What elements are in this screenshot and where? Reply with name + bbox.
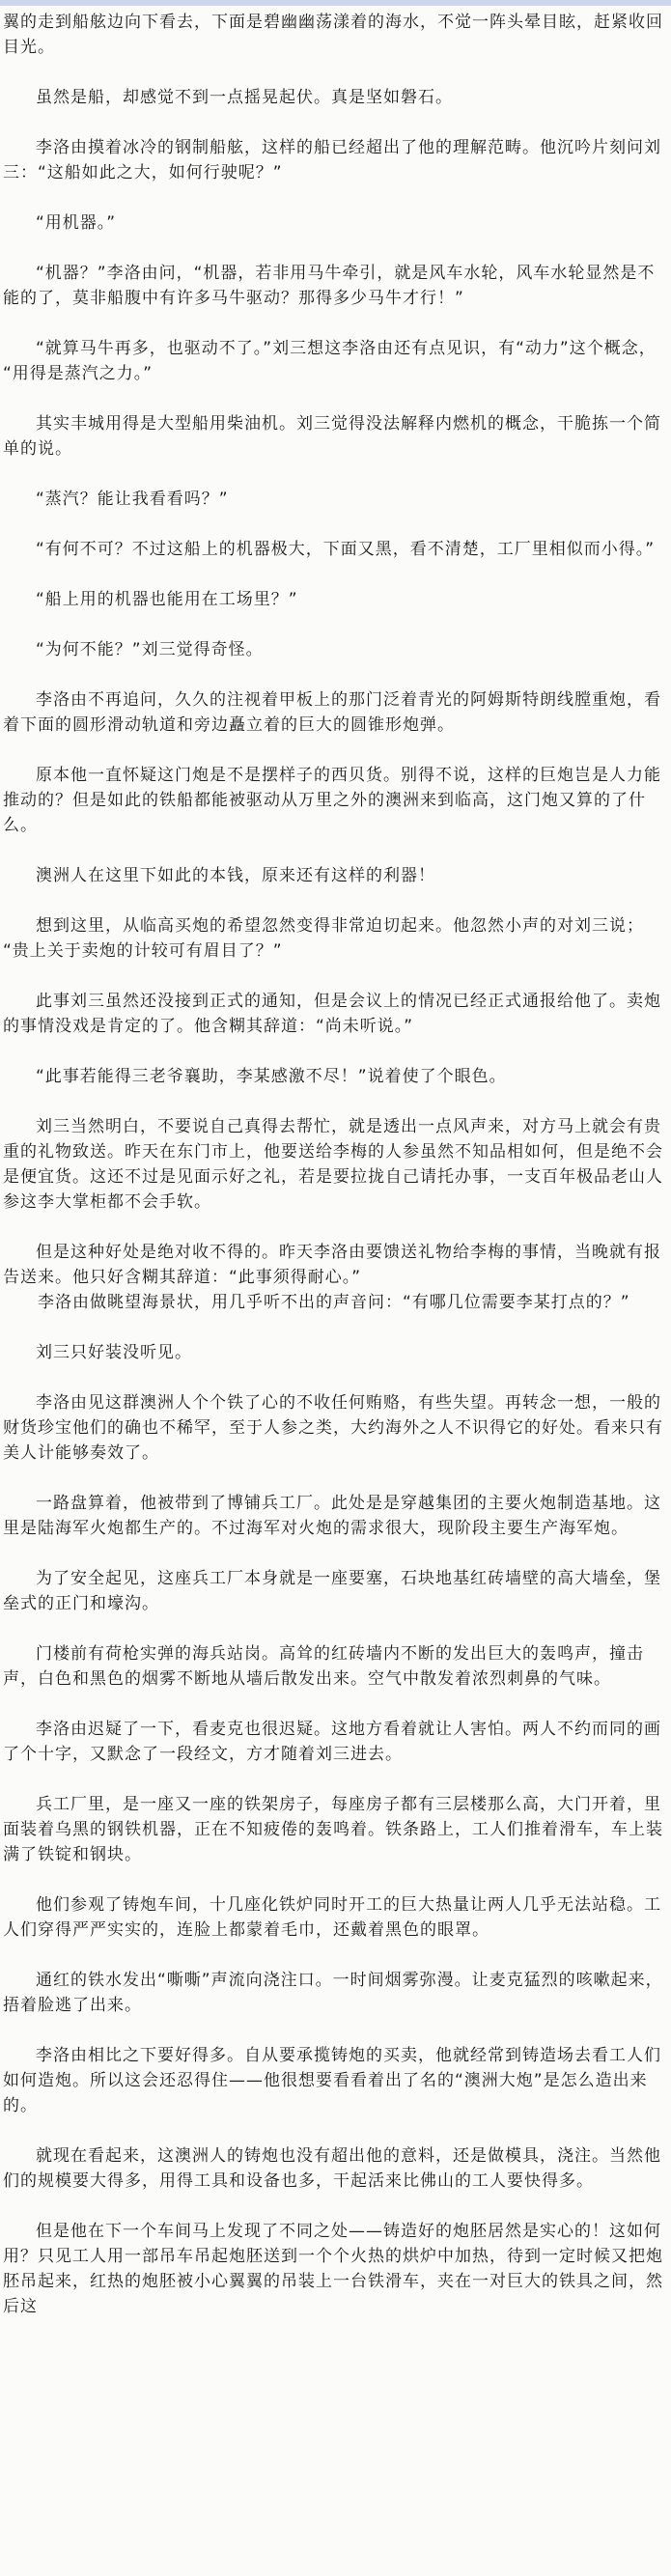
paragraph: “此事若能得三老爷襄助，李某感激不尽！”说着使了个眼色。 bbox=[3, 1064, 668, 1089]
paragraph: 李洛由不再追问，久久的注视着甲板上的那门泛着青光的阿姆斯特朗线膛重炮，看着下面的… bbox=[3, 687, 668, 738]
paragraph: 兵工厂里，是一座又一座的铁架房子，每座房子都有三层楼那么高，大门开着，里面装着乌… bbox=[3, 1792, 668, 1867]
paragraph: 原本他一直怀疑这门炮是不是摆样子的西贝货。别得不说，这样的巨炮岂是人力能推动的？… bbox=[3, 763, 668, 838]
paragraph: 李洛由摸着冰冷的钢制船舷，这样的船已经超出了他的理解范畴。他沉吟片刻问刘三：“这… bbox=[3, 135, 668, 185]
novel-page: 翼的走到船舷边向下看去，下面是碧幽幽荡漾着的海水，不觉一阵头晕目眩，赶紧收回目光… bbox=[0, 6, 671, 2337]
paragraph: 李洛由相比之下要好得多。自从要承揽铸炮的买卖，他就经常到铸造场去看工人们如何造炮… bbox=[3, 2043, 668, 2118]
paragraph: 门楼前有荷枪实弹的海兵站岗。高耸的红砖墙内不断的发出巨大的轰鸣声，撞击声，白色和… bbox=[3, 1641, 668, 1692]
paragraph: 李洛由见这群澳洲人个个铁了心的不收任何贿赂，有些失望。再转念一想，一般的财货珍宝… bbox=[3, 1390, 668, 1466]
paragraph: “为何不能？”刘三觉得奇怪。 bbox=[3, 637, 668, 662]
paragraph: “就算马牛再多，也驱动不了。”刘三想这李洛由还有点见识，有“动力”这个概念，“用… bbox=[3, 336, 668, 386]
paragraph: 一路盘算着，他被带到了博铺兵工厂。此处是是穿越集团的主要火炮制造基地。这里是陆海… bbox=[3, 1491, 668, 1541]
paragraph: 刘三只好装没听见。 bbox=[3, 1340, 668, 1365]
paragraph: “有何不可？不过这船上的机器极大，下面又黑，看不清楚，工厂里相似而小得。” bbox=[3, 537, 668, 562]
paragraph: 李洛由迟疑了一下，看麦克也很迟疑。这地方看着就让人害怕。两人不约而同的画了个十字… bbox=[3, 1717, 668, 1767]
paragraph: 此事刘三虽然还没接到正式的通知，但是会议上的情况已经正式通报给他了。卖炮的事情没… bbox=[3, 989, 668, 1039]
paragraph: “船上用的机器也能用在工场里？” bbox=[3, 587, 668, 612]
paragraph: 为了安全起见，这座兵工厂本身就是一座要塞，石块地基红砖墙壁的高大墙垒，堡垒式的正… bbox=[3, 1566, 668, 1616]
paragraph: 其实丰城用得是大型船用柴油机。刘三觉得没法解释内燃机的概念，干脆拣一个简单的说。 bbox=[3, 411, 668, 462]
novel-text-body: 翼的走到船舷边向下看去，下面是碧幽幽荡漾着的海水，不觉一阵头晕目眩，赶紧收回目光… bbox=[3, 10, 668, 2319]
paragraph: 就现在看起来，这澳洲人的铸炮也没有超出他的意料，还是做模具，浇注。当然他们的规模… bbox=[3, 2143, 668, 2194]
paragraph: 但是这种好处是绝对收不得的。昨天李洛由要馈送礼物给李梅的事情，当晚就有报告送来。… bbox=[3, 1240, 668, 1315]
paragraph: 刘三当然明白，不要说自己真得去帮忙，就是透出一点风声来，对方马上就会有贵重的礼物… bbox=[3, 1114, 668, 1215]
paragraph: 虽然是船，却感觉不到一点摇晃起伏。真是坚如磐石。 bbox=[3, 85, 668, 110]
paragraph: “蒸汽？能让我看看吗？” bbox=[3, 487, 668, 512]
paragraph: 但是他在下一个车间马上发现了不同之处——铸造好的炮胚居然是实心的！这如何用？只见… bbox=[3, 2219, 668, 2319]
paragraph: 他们参观了铸炮车间，十几座化铁炉同时开工的巨大热量让两人几乎无法站稳。工人们穿得… bbox=[3, 1892, 668, 1943]
paragraph: “机器？”李洛由问，“机器，若非用马牛牵引，就是风车水轮，风车水轮显然是不能的了… bbox=[3, 261, 668, 311]
paragraph: 澳洲人在这里下如此的本钱，原来还有这样的利器！ bbox=[3, 863, 668, 888]
paragraph: 翼的走到船舷边向下看去，下面是碧幽幽荡漾着的海水，不觉一阵头晕目眩，赶紧收回目光… bbox=[3, 10, 668, 60]
paragraph: 想到这里，从临高买炮的希望忽然变得非常迫切起来。他忽然小声的对刘三说；“贵上关于… bbox=[3, 913, 668, 964]
paragraph: 通红的铁水发出“嘶嘶”声流向浇注口。一时间烟雾弥漫。让麦克猛烈的咳嗽起来，捂着脸… bbox=[3, 1968, 668, 2018]
paragraph: “用机器。” bbox=[3, 210, 668, 236]
